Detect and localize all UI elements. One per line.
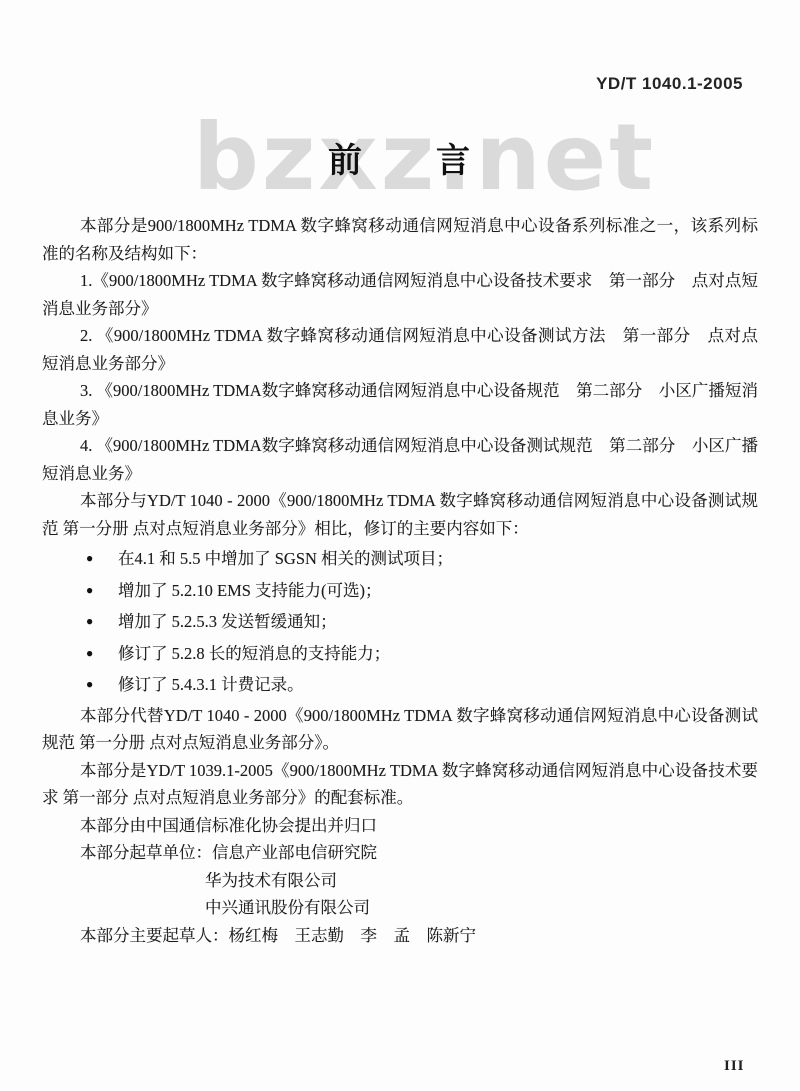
drafting-unit-line: 本部分起草单位：信息产业部电信研究院 <box>42 839 758 867</box>
list-item: ●在4.1 和 5.5 中增加了 SGSN 相关的测试项目； <box>42 543 758 575</box>
list-item-text: 增加了 5.2.10 EMS 支持能力(可选)； <box>118 581 382 600</box>
revision-list: ●在4.1 和 5.5 中增加了 SGSN 相关的测试项目； ●增加了 5.2.… <box>42 543 758 701</box>
drafters-line: 本部分主要起草人：杨红梅 王志勤 李 孟 陈新宁 <box>42 922 758 950</box>
list-item-text: 修订了 5.2.8 长的短消息的支持能力； <box>118 644 390 663</box>
series-item-2: 2. 《900/1800MHz TDMA 数字蜂窝移动通信网短消息中心设备测试方… <box>42 322 758 377</box>
bullet-icon: ● <box>86 543 118 574</box>
series-item-3: 3. 《900/1800MHz TDMA数字蜂窝移动通信网短消息中心设备规范 第… <box>42 377 758 432</box>
list-item: ●增加了 5.2.5.3 发送暂缓通知； <box>42 606 758 638</box>
paragraph-replaces: 本部分代替YD/T 1040 - 2000《900/1800MHz TDMA 数… <box>42 702 758 757</box>
paragraph-companion: 本部分是YD/T 1039.1-2005《900/1800MHz TDMA 数字… <box>42 757 758 812</box>
page-number: III <box>724 1058 745 1075</box>
list-item-text: 增加了 5.2.5.3 发送暂缓通知； <box>118 612 337 631</box>
series-item-4: 4. 《900/1800MHz TDMA数字蜂窝移动通信网短消息中心设备测试规范… <box>42 432 758 487</box>
page-title: 前 言 <box>0 133 800 182</box>
list-item: ●修订了 5.2.8 长的短消息的支持能力； <box>42 638 758 670</box>
bullet-icon: ● <box>86 638 118 669</box>
drafting-unit-extra: 中兴通讯股份有限公司 <box>42 894 758 922</box>
foreword-body: 本部分是900/1800MHz TDMA 数字蜂窝移动通信网短消息中心设备系列标… <box>42 212 758 949</box>
document-page: YD/T 1040.1-2005 bzxz.net 前 言 本部分是900/18… <box>0 0 800 1091</box>
list-item-text: 修订了 5.4.3.1 计费记录。 <box>118 675 304 694</box>
paragraph-comparison: 本部分与YD/T 1040 - 2000《900/1800MHz TDMA 数字… <box>42 487 758 542</box>
list-item-text: 在4.1 和 5.5 中增加了 SGSN 相关的测试项目； <box>118 549 453 568</box>
series-item-1: 1.《900/1800MHz TDMA 数字蜂窝移动通信网短消息中心设备技术要求… <box>42 267 758 322</box>
drafting-unit-extra: 华为技术有限公司 <box>42 867 758 895</box>
bullet-icon: ● <box>86 575 118 606</box>
list-item: ●修订了 5.4.3.1 计费记录。 <box>42 669 758 701</box>
bullet-icon: ● <box>86 669 118 700</box>
list-item: ●增加了 5.2.10 EMS 支持能力(可选)； <box>42 575 758 607</box>
paragraph-intro: 本部分是900/1800MHz TDMA 数字蜂窝移动通信网短消息中心设备系列标… <box>42 212 758 267</box>
bullet-icon: ● <box>86 606 118 637</box>
standard-number: YD/T 1040.1-2005 <box>596 74 743 94</box>
paragraph-proposed-by: 本部分由中国通信标准化协会提出并归口 <box>42 812 758 840</box>
